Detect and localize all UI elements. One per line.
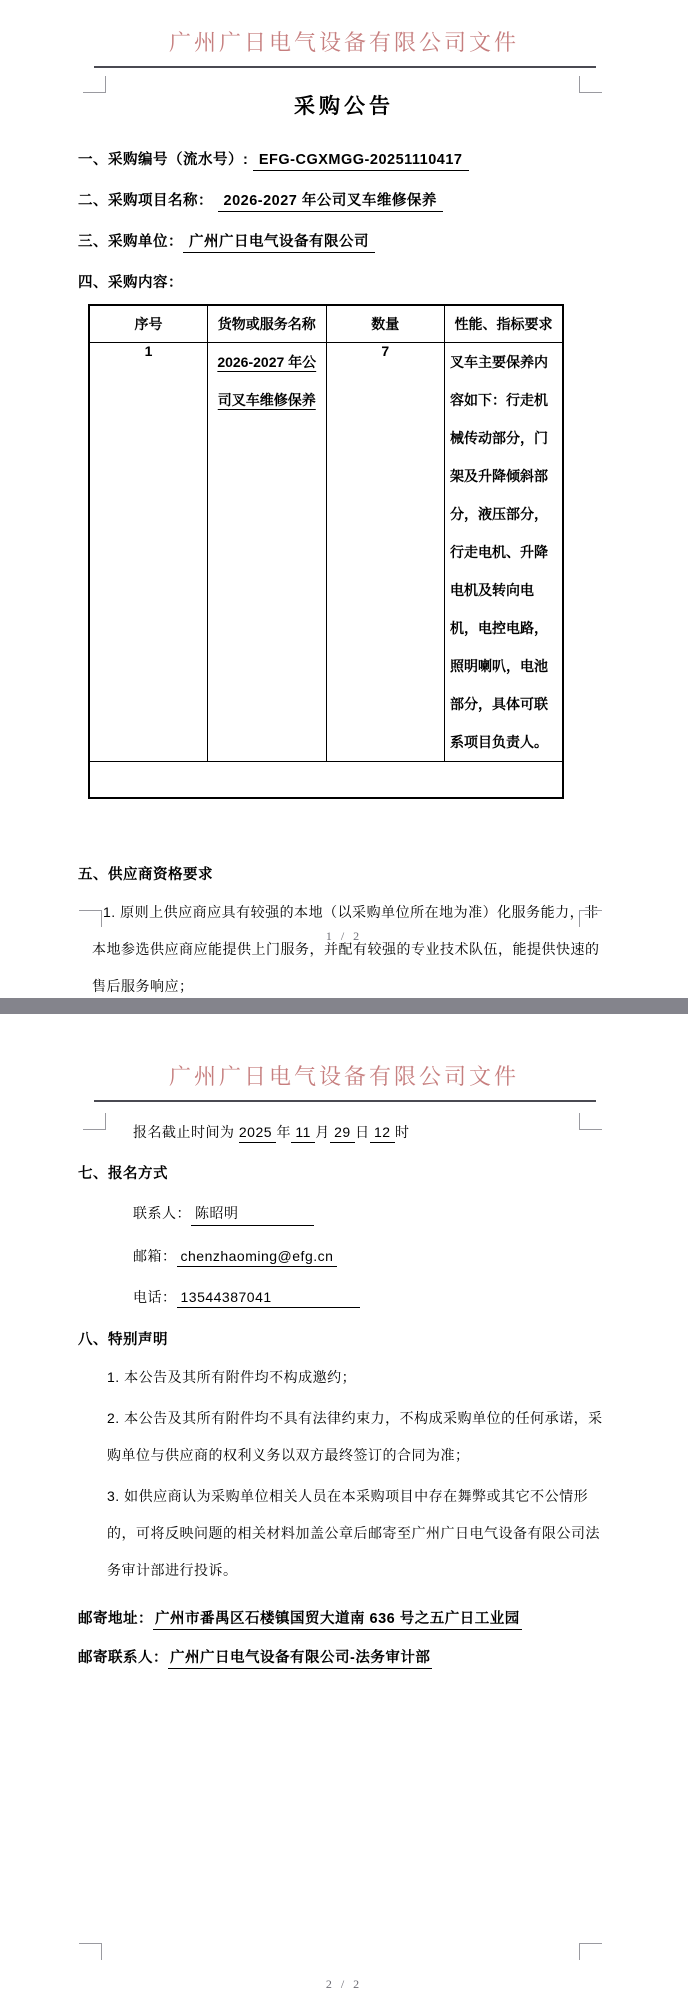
mail-contact-label: 邮寄联系人： (78, 1650, 168, 1666)
crop-mark-top-left (83, 76, 106, 93)
cell-spec: 叉车主要保养内容如下：行走机械传动部分，门架及升降倾斜部分，液压部分，行走电机、… (445, 343, 564, 762)
mail-contact-value: 广州广日电气设备有限公司-法务审计部 (168, 1650, 432, 1669)
crop-mark-bottom-left (79, 910, 102, 927)
deadline-text: 日 (355, 1124, 370, 1140)
contact-email-label: 邮箱： (133, 1246, 177, 1266)
section-label: 二、采购项目名称： (78, 193, 218, 209)
deadline-hour: 12 (370, 1124, 395, 1143)
contact-person-value: 陈昭明 (191, 1203, 314, 1226)
contact-phone-line: 电话：13544387041 (78, 1287, 610, 1308)
list-item: 1. 本公告及其所有附件均不构成邀约； (107, 1359, 610, 1396)
procurement-table: 序号 货物或服务名称 数量 性能、指标要求 1 2026-2027 年公司叉车维… (88, 304, 564, 799)
purchasing-unit-value: 广州广日电气设备有限公司 (183, 234, 375, 253)
crop-mark-bottom-right (579, 910, 602, 927)
list-item: 1. 原则上供应商应具有较强的本地（以采购单位所在地为准）化服务能力，非本地参选… (92, 894, 610, 999)
crop-mark-top-right (579, 1113, 602, 1130)
page-separator (0, 998, 688, 1014)
section-project-name: 二、采购项目名称： 2026-2027 年公司叉车维修保养 (78, 189, 610, 210)
mail-address-line: 邮寄地址：广州市番禺区石楼镇国贸大道南 636 号之五广日工业园 (78, 1607, 610, 1628)
table-row: 1 2026-2027 年公司叉车维修保养 7 叉车主要保养内容如下：行走机械传… (89, 343, 563, 762)
list-item: 3. 如供应商认为采购单位相关人员在本采购项目中存在舞弊或其它不公情形的，可将反… (107, 1478, 610, 1589)
contact-email-value: chenzhaoming@efg.cn (177, 1248, 338, 1267)
contact-phone-value: 13544387041 (177, 1289, 360, 1308)
mail-contact-line: 邮寄联系人：广州广日电气设备有限公司-法务审计部 (78, 1646, 610, 1667)
deadline-text: 报名截止时间为 (133, 1124, 239, 1140)
contact-person-line: 联系人：陈昭明 (78, 1203, 610, 1226)
list-item: 2. 本公告及其所有附件均不具有法律约束力，不构成采购单位的任何承诺，采购单位与… (107, 1400, 610, 1474)
mail-address-label: 邮寄地址： (78, 1611, 153, 1627)
contact-person-label: 联系人： (133, 1203, 191, 1223)
table-header-spec: 性能、指标要求 (445, 305, 564, 343)
letterhead-title: 广州广日电气设备有限公司文件 (0, 0, 688, 57)
contact-email-line: 邮箱：chenzhaoming@efg.cn (78, 1246, 610, 1267)
table-header-no: 序号 (89, 305, 208, 343)
section-label: 三、采购单位： (78, 234, 183, 250)
deadline-text: 月 (315, 1124, 330, 1140)
crop-mark-bottom-left (79, 1943, 102, 1960)
table-header-row: 序号 货物或服务名称 数量 性能、指标要求 (89, 305, 563, 343)
section-purchasing-unit: 三、采购单位：广州广日电气设备有限公司 (78, 230, 610, 251)
letterhead-title: 广州广日电气设备有限公司文件 (0, 1014, 688, 1091)
section-label: 一、采购编号（流水号）: (78, 152, 253, 168)
contact-phone-label: 电话： (133, 1287, 177, 1307)
table-header-qty: 数量 (326, 305, 445, 343)
table-header-name: 货物或服务名称 (208, 305, 327, 343)
deadline-day: 29 (330, 1124, 355, 1143)
cell-name: 2026-2027 年公司叉车维修保养 (208, 343, 327, 762)
section-special-statement: 八、特别声明 (78, 1328, 610, 1349)
letterhead-rule (94, 1100, 596, 1102)
deadline-month: 11 (291, 1124, 315, 1143)
letterhead-rule (94, 66, 596, 68)
statement-list: 1. 本公告及其所有附件均不构成邀约； 2. 本公告及其所有附件均不具有法律约束… (78, 1359, 610, 1589)
page-title: 采购公告 (0, 90, 688, 120)
procurement-number-value: EFG-CGXMGG-20251110417 (253, 152, 469, 171)
document-page-2: 广州广日电气设备有限公司文件 报名截止时间为 2025 年 11 月 29 日 … (0, 1014, 688, 2000)
section-supplier-qualification: 五、供应商资格要求 (78, 863, 610, 884)
cell-no: 1 (89, 343, 208, 762)
section-registration-method: 七、报名方式 (78, 1162, 610, 1183)
section-procurement-number: 一、采购编号（流水号）: EFG-CGXMGG-20251110417 (78, 148, 610, 169)
project-name-value: 2026-2027 年公司叉车维修保养 (218, 193, 443, 212)
page-number: 1 / 2 (0, 929, 688, 944)
empty-cell (89, 762, 563, 798)
crop-mark-top-right (579, 76, 602, 93)
deadline-line: 报名截止时间为 2025 年 11 月 29 日 12 时 (78, 1122, 610, 1142)
section-procurement-content: 四、采购内容： (78, 271, 610, 292)
qualification-list: 1. 原则上供应商应具有较强的本地（以采购单位所在地为准）化服务能力，非本地参选… (78, 894, 610, 999)
table-empty-row (89, 762, 563, 798)
deadline-text: 时 (395, 1124, 410, 1140)
crop-mark-bottom-right (579, 1943, 602, 1960)
crop-mark-top-left (83, 1113, 106, 1130)
page2-content: 报名截止时间为 2025 年 11 月 29 日 12 时 七、报名方式 联系人… (0, 1122, 688, 1667)
page1-content: 一、采购编号（流水号）: EFG-CGXMGG-20251110417 二、采购… (0, 148, 688, 998)
section-label: 四、采购内容： (78, 275, 183, 291)
mail-address-value: 广州市番禺区石楼镇国贸大道南 636 号之五广日工业园 (153, 1611, 522, 1630)
deadline-text: 年 (276, 1124, 291, 1140)
document-page-1: 广州广日电气设备有限公司文件 采购公告 一、采购编号（流水号）: EFG-CGX… (0, 0, 688, 998)
deadline-year: 2025 (239, 1124, 277, 1143)
cell-qty: 7 (326, 343, 445, 762)
page-number: 2 / 2 (0, 1977, 688, 1992)
